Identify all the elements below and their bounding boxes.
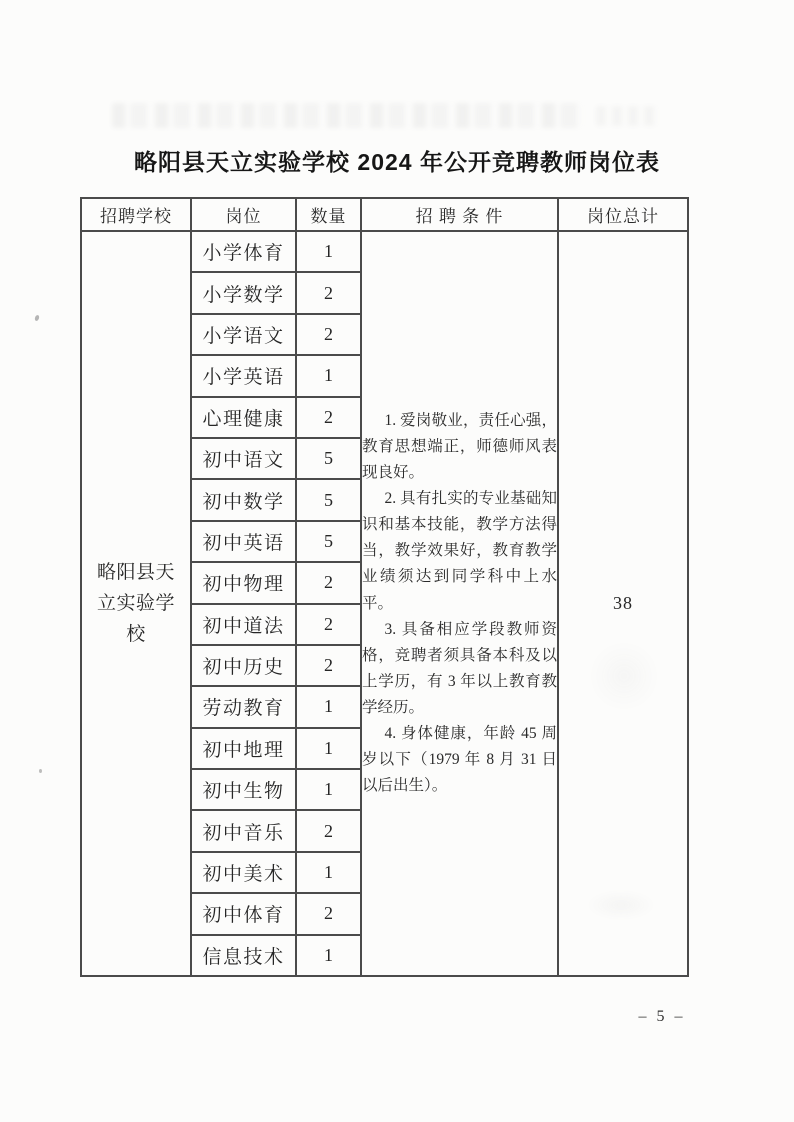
- position-cell: 初中物理: [191, 562, 296, 603]
- condition-item: 2. 具有扎实的专业基础知识和基本技能，教学方法得当，教学效果好，教育教学业绩须…: [362, 486, 557, 616]
- count-cell: 1: [296, 728, 361, 769]
- count-cell: 2: [296, 810, 361, 851]
- header-total: 岗位总计: [558, 198, 688, 231]
- count-cell: 1: [296, 935, 361, 976]
- position-cell: 初中历史: [191, 645, 296, 686]
- count-cell: 1: [296, 231, 361, 272]
- position-cell: 初中地理: [191, 728, 296, 769]
- count-cell: 1: [296, 355, 361, 396]
- count-cell: 1: [296, 852, 361, 893]
- position-cell: 劳动教育: [191, 686, 296, 727]
- count-cell: 5: [296, 521, 361, 562]
- count-cell: 2: [296, 645, 361, 686]
- scan-bleedthrough-artifact: [596, 106, 658, 126]
- position-cell: 初中英语: [191, 521, 296, 562]
- header-position: 岗位: [191, 198, 296, 231]
- scan-bleedthrough-artifact: [112, 103, 584, 128]
- count-cell: 1: [296, 769, 361, 810]
- position-cell: 信息技术: [191, 935, 296, 976]
- count-cell: 1: [296, 686, 361, 727]
- count-cell: 2: [296, 562, 361, 603]
- scan-speck-artifact: [39, 769, 42, 773]
- position-cell: 心理健康: [191, 397, 296, 438]
- table-header-row: 招聘学校 岗位 数量 招 聘 条 件 岗位总计: [81, 198, 688, 231]
- page-number: – 5 –: [612, 1008, 712, 1026]
- header-school: 招聘学校: [81, 198, 191, 231]
- position-cell: 初中数学: [191, 479, 296, 520]
- count-cell: 2: [296, 272, 361, 313]
- position-cell: 小学英语: [191, 355, 296, 396]
- position-cell: 初中生物: [191, 769, 296, 810]
- school-name-cell: 略阳县天立实验学校: [81, 231, 191, 976]
- header-count: 数量: [296, 198, 361, 231]
- position-cell: 小学数学: [191, 272, 296, 313]
- count-cell: 5: [296, 438, 361, 479]
- condition-item: 1. 爱岗敬业，责任心强，教育思想端正，师德师风表现良好。: [362, 408, 557, 486]
- positions-table: 招聘学校 岗位 数量 招 聘 条 件 岗位总计 略阳县天立实验学校 小学体育 1…: [80, 197, 689, 977]
- count-cell: 2: [296, 893, 361, 934]
- position-cell: 初中语文: [191, 438, 296, 479]
- position-cell: 初中音乐: [191, 810, 296, 851]
- count-cell: 2: [296, 604, 361, 645]
- position-cell: 小学语文: [191, 314, 296, 355]
- position-cell: 初中美术: [191, 852, 296, 893]
- condition-item: 4. 身体健康，年龄 45 周岁以下（1979 年 8 月 31 日以后出生）。: [362, 721, 557, 799]
- condition-item: 3. 具备相应学段教师资格，竞聘者须具备本科及以上学历，有 3 年以上教育教学经…: [362, 617, 557, 721]
- conditions-cell: 1. 爱岗敬业，责任心强，教育思想端正，师德师风表现良好。 2. 具有扎实的专业…: [361, 231, 558, 976]
- position-cell: 小学体育: [191, 231, 296, 272]
- header-conditions: 招 聘 条 件: [361, 198, 558, 231]
- position-cell: 初中道法: [191, 604, 296, 645]
- position-cell: 初中体育: [191, 893, 296, 934]
- scan-speck-artifact: [34, 314, 40, 321]
- count-cell: 5: [296, 479, 361, 520]
- document-title: 略阳县天立实验学校 2024 年公开竞聘教师岗位表: [0, 144, 794, 177]
- document-page: 略阳县天立实验学校 2024 年公开竞聘教师岗位表 招聘学校 岗位 数量 招 聘…: [0, 0, 794, 1122]
- total-cell: 38: [558, 231, 688, 976]
- school-name: 略阳县天立实验学校: [95, 557, 177, 651]
- count-cell: 2: [296, 314, 361, 355]
- table-row: 略阳县天立实验学校 小学体育 1 1. 爱岗敬业，责任心强，教育思想端正，师德师…: [81, 231, 688, 272]
- count-cell: 2: [296, 397, 361, 438]
